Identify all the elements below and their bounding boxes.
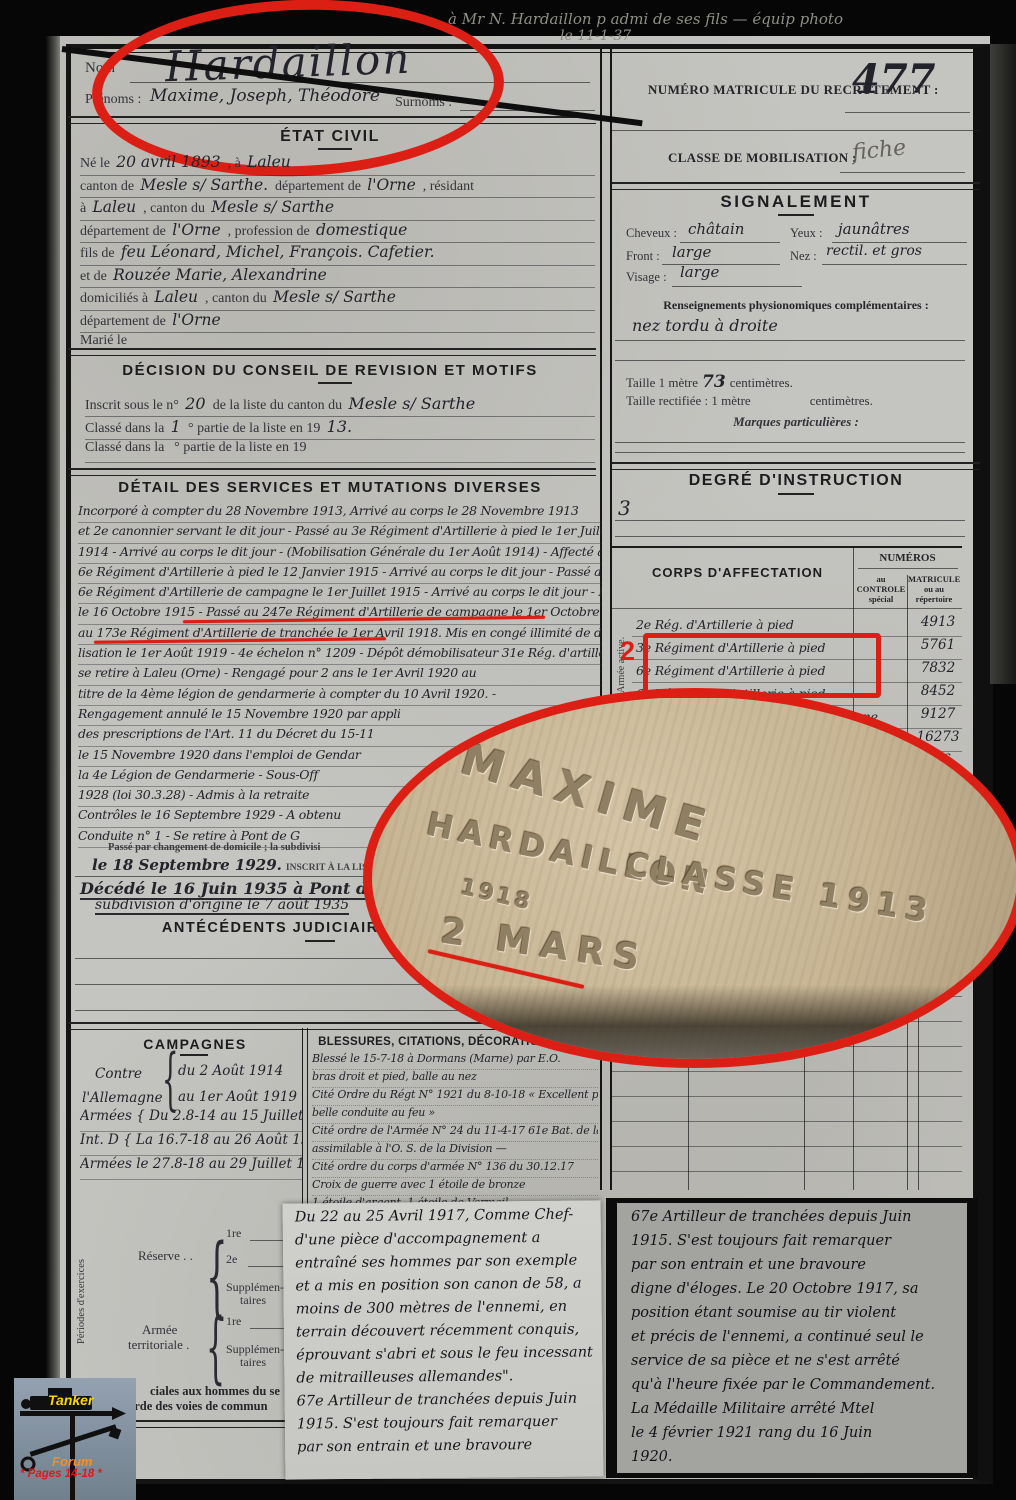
deces-line-2: subdivision d'origine le 7 août 1935 bbox=[95, 897, 349, 915]
tanker-forum-logo: Tanker Forum * Pages 14-18 * bbox=[14, 1378, 136, 1500]
matricule-number: 5761 bbox=[914, 637, 962, 653]
handwritten-line: assimilable à l'O. S. de la Division — bbox=[312, 1142, 598, 1160]
handwritten-text: Laleu bbox=[93, 198, 137, 216]
handwritten-line: Armées { Du 2.8-14 au 15 Juillet 1918 bbox=[80, 1108, 302, 1132]
nez-value: rectil. et gros bbox=[826, 243, 922, 259]
top-pencil-note: à Mr N. Hardaillon p admi de ses fils — … bbox=[448, 10, 843, 28]
top-pencil-note-2: le 11-1-37 bbox=[560, 28, 631, 44]
front-value: large bbox=[672, 243, 711, 261]
handwritten-line: 1915. S'est toujours fait remarquer bbox=[297, 1413, 603, 1439]
corps-name: 2e Rég. d'Artillerie à pied bbox=[632, 617, 794, 632]
printed-text: , à bbox=[228, 156, 241, 171]
services-printed-note: Passé par changement de domicile ; la su… bbox=[108, 842, 320, 853]
col-controle-header: auCONTROLEspécial bbox=[855, 574, 907, 604]
territoriale-brace: { bbox=[206, 1304, 225, 1395]
printed-text: canton de bbox=[80, 179, 134, 194]
marques-label: Marques particulières : bbox=[612, 414, 980, 430]
handwritten-line: bras droit et pied, balle au nez bbox=[312, 1070, 598, 1088]
matricule-number: 7832 bbox=[914, 660, 962, 676]
periodes-side-label: Périodes d'exercices bbox=[76, 1232, 87, 1372]
bottom-printed-1: ciales aux hommes du se bbox=[150, 1384, 280, 1399]
campagnes-title: CAMPAGNES bbox=[90, 1036, 300, 1052]
cheveux-label: Cheveux : bbox=[626, 226, 677, 241]
right-citation-note: 67e Artilleur de tranchées depuis Juin19… bbox=[606, 1198, 978, 1478]
territoriale-label-1: Armée bbox=[142, 1322, 177, 1338]
handwritten-line: le 4 février 1921 rang du 16 Juin bbox=[631, 1425, 967, 1449]
handwritten-line: et précis de l'ennemi, a continué seul l… bbox=[631, 1329, 967, 1353]
form-line: domiciliés àLaleu, canton duMesle s/ Sar… bbox=[80, 288, 595, 311]
decision-lines: Inscrit sous le n°20de la liste du canto… bbox=[85, 394, 595, 463]
logo-name: Tanker bbox=[48, 1392, 93, 1408]
visage-value: large bbox=[680, 263, 719, 281]
handwritten-text: Mesle s/ Sarthe bbox=[211, 198, 334, 216]
stone-shadow-band bbox=[372, 985, 1016, 1059]
classe-mobilisation-label: CLASSE DE MOBILISATION : bbox=[668, 150, 857, 166]
handwritten-line: Cité Ordre du Régt N° 1921 du 8-10-18 « … bbox=[312, 1088, 598, 1106]
handwritten-line: le 16 Octobre 1915 - Passé au 247e Régim… bbox=[78, 604, 602, 624]
degre-instruction-value: 3 bbox=[618, 496, 631, 520]
matricule-number: 4913 bbox=[914, 614, 962, 630]
taille-line: Taille 1 mètre 73 centimètres. bbox=[626, 372, 793, 392]
printed-text: ° partie de la liste en 19 bbox=[171, 440, 307, 455]
red-box-regiments bbox=[643, 633, 881, 698]
printed-text: Classé dans la bbox=[85, 421, 164, 436]
handwritten-text: Mesle s/ Sarthe bbox=[273, 288, 396, 306]
yeux-value: jaunâtres bbox=[838, 220, 910, 238]
printed-text: Classé dans la bbox=[85, 440, 164, 455]
campagnes-periode1: du 2 Août 1914 bbox=[178, 1063, 283, 1079]
form-line: canton deMesle s/ Sarthe.département del… bbox=[80, 176, 595, 199]
numero-matricule-value: 477 bbox=[852, 56, 936, 103]
handwritten-line: et a mis en position son canon de 58, a bbox=[295, 1275, 601, 1301]
form-line: àLaleu, canton duMesle s/ Sarthe bbox=[80, 198, 595, 221]
form-line: Né le20 avril 1893, àLaleu bbox=[80, 153, 595, 176]
printed-text: , canton du bbox=[143, 201, 205, 216]
handwritten-line: Cité ordre du corps d'armée N° 136 du 30… bbox=[312, 1160, 598, 1178]
handwritten-text: Mesle s/ Sarthe. bbox=[140, 176, 268, 194]
taille-rectifiee-line: Taille rectifiée : 1 mètre centimètres. bbox=[626, 392, 873, 410]
campagnes-periode2: au 1er Août 1919 bbox=[178, 1089, 297, 1105]
form-line: département del'Orne bbox=[80, 311, 595, 334]
cheveux-value: châtain bbox=[688, 220, 744, 238]
printed-text: fils de bbox=[80, 246, 115, 261]
handwritten-text: 13. bbox=[327, 417, 352, 436]
handwritten-text: 20 avril 1893 bbox=[116, 153, 220, 171]
printed-text: Né le bbox=[80, 156, 110, 171]
front-label: Front : bbox=[626, 249, 660, 264]
reserve-item-2: 2e bbox=[226, 1252, 237, 1267]
handwritten-text: feu Léonard, Michel, François. Cafetier. bbox=[121, 243, 435, 261]
handwritten-text: Laleu bbox=[154, 288, 198, 306]
territoriale-label-2: territoriale . bbox=[128, 1337, 189, 1353]
reserve-item-4: taires bbox=[240, 1293, 266, 1308]
form-line: fils defeu Léonard, Michel, François. Ca… bbox=[80, 243, 595, 266]
handwritten-text: l'Orne bbox=[172, 221, 221, 239]
col-matricule-header: MATRICULEou aurépertoire bbox=[908, 574, 960, 604]
handwritten-text: domestique bbox=[316, 221, 407, 239]
handwritten-line: position étant soumise au tir violent bbox=[631, 1305, 967, 1329]
campagnes-blessures-divider bbox=[302, 1028, 308, 1208]
reserve-label: Réserve . . bbox=[138, 1248, 193, 1264]
handwritten-line: 1920. bbox=[631, 1449, 967, 1473]
handwritten-text: l'Orne bbox=[172, 311, 221, 329]
handwritten-line: éprouvant s'abri et sous le feu incessan… bbox=[296, 1344, 602, 1370]
handwritten-line: Armées le 27.8-18 au 29 Juillet 1919 bbox=[80, 1156, 302, 1180]
handwritten-line: Incorporé à compter du 28 Novembre 1913,… bbox=[78, 503, 602, 523]
decision-title: DÉCISION DU CONSEIL DE REVISION ET MOTIF… bbox=[70, 362, 590, 379]
handwritten-line: lisation le 1er Août 1919 - 4e échelon n… bbox=[78, 645, 602, 665]
taille-rect-suffix: centimètres. bbox=[810, 393, 873, 408]
handwritten-text: Mesle s/ Sarthe bbox=[348, 394, 475, 413]
degre-instruction-title: DEGRÉ D'INSTRUCTION bbox=[612, 472, 980, 490]
campagnes-contre: Contre bbox=[95, 1066, 142, 1082]
etat-civil-title: ÉTAT CIVIL bbox=[70, 128, 590, 146]
printed-text: de la liste du canton du bbox=[213, 398, 342, 413]
campagnes-lines: Armées { Du 2.8-14 au 15 Juillet 1918Int… bbox=[80, 1108, 302, 1180]
etat-civil-lines: Né le20 avril 1893, àLaleucanton deMesle… bbox=[80, 153, 595, 356]
printed-text: Marié le bbox=[80, 333, 127, 348]
page-edge-curl bbox=[990, 44, 1016, 684]
handwritten-line: par son entrain et une bravoure bbox=[631, 1257, 967, 1281]
handwritten-line: qu'à l'heure fixée par le Commandement. bbox=[631, 1377, 967, 1401]
bottom-printed-2: arde des voies de commun bbox=[128, 1399, 268, 1414]
handwritten-text: 1 bbox=[171, 417, 181, 436]
handwritten-line: 1914 - Arrivé au corps le dit jour - (Mo… bbox=[78, 544, 602, 564]
handwritten-text: l'Orne bbox=[367, 176, 416, 194]
handwritten-line: entraîné ses hommes par son exemple bbox=[295, 1252, 601, 1278]
renseignements-value: nez tordu à droite bbox=[632, 316, 778, 335]
handwritten-line: digne d'éloges. Le 20 Octobre 1917, sa bbox=[631, 1281, 967, 1305]
territoriale-item-3: taires bbox=[240, 1355, 266, 1370]
printed-text: Inscrit sous le n° bbox=[85, 398, 179, 413]
printed-text: , profession de bbox=[228, 224, 310, 239]
book-spine-shadow bbox=[46, 36, 60, 1480]
visage-label: Visage : bbox=[626, 270, 667, 285]
renseignements-label: Renseignements physionomiques complément… bbox=[612, 298, 980, 313]
printed-text: à bbox=[80, 201, 86, 216]
taille-value: 73 bbox=[702, 372, 726, 392]
handwritten-line: Du 22 au 25 Avril 1917, Comme Chef- bbox=[295, 1206, 601, 1232]
handwritten-line: Cité ordre de l'Armée N° 24 du 11-4-17 6… bbox=[312, 1124, 598, 1142]
handwritten-line: 6e Régiment d'Artillerie à pied le 12 Ja… bbox=[78, 564, 602, 584]
handwritten-line: 1915. S'est toujours fait remarquer bbox=[631, 1233, 967, 1257]
handwritten-line: et 2e canonnier servant le dit jour - Pa… bbox=[78, 523, 602, 543]
printed-text: , résidant bbox=[423, 179, 474, 194]
taille-suffix: centimètres. bbox=[730, 375, 793, 390]
handwritten-line: terrain découvert récemment conquis, bbox=[296, 1321, 602, 1347]
handwritten-line: 67e Artilleur de tranchées depuis Juin bbox=[297, 1390, 603, 1416]
taille-rect-label: Taille rectifiée : 1 mètre bbox=[626, 393, 751, 408]
printed-text: et de bbox=[80, 269, 107, 284]
handwritten-line: moins de 300 mètres de l'ennemi, en bbox=[296, 1298, 602, 1324]
corps-header-bottom bbox=[612, 608, 962, 609]
nez-label: Nez : bbox=[790, 249, 817, 264]
form-line: et deRouzée Marie, Alexandrine bbox=[80, 266, 595, 289]
taille-prefix: Taille 1 mètre bbox=[626, 375, 698, 390]
stone-photo-oval: MAXIME HARDAILLON CLASSE 1913 1918 2 MAR… bbox=[363, 688, 1016, 1068]
printed-text: , canton du bbox=[205, 291, 267, 306]
corps-affectation-title: CORPS D'AFFECTATION bbox=[630, 565, 845, 580]
territoriale-item-1: 1re bbox=[226, 1314, 241, 1329]
logo-pages: * Pages 14-18 * bbox=[20, 1468, 102, 1480]
middle-citation-note: Du 22 au 25 Avril 1917, Comme Chef-d'une… bbox=[283, 1200, 604, 1479]
handwritten-line: par son entrain et une bravoure bbox=[297, 1436, 603, 1462]
corps-table-top bbox=[612, 546, 962, 548]
handwritten-text: Laleu bbox=[247, 153, 291, 171]
scanned-military-record: à Mr N. Hardaillon p admi de ses fils — … bbox=[0, 0, 1016, 1500]
printed-text: ° partie de la liste en 19 bbox=[188, 421, 320, 436]
numeros-header: NUMÉROS bbox=[855, 552, 960, 564]
form-line: Classé dans la ° partie de la liste en 1… bbox=[85, 440, 595, 463]
handwritten-line: d'une pièce d'accompagnement a bbox=[295, 1229, 601, 1255]
form-line: département del'Orne, profession dedomes… bbox=[80, 221, 595, 244]
handwritten-line: La Médaille Militaire arrêté Mtel bbox=[631, 1401, 967, 1425]
printed-text: domiciliés à bbox=[80, 291, 148, 306]
handwritten-line: se retire à Laleu (Orne) - Rengagé pour … bbox=[78, 665, 602, 685]
handwritten-text: Rouzée Marie, Alexandrine bbox=[113, 266, 327, 284]
signalement-title: SIGNALEMENT bbox=[612, 192, 980, 212]
handwritten-line: 67e Artilleur de tranchées depuis Juin bbox=[631, 1209, 967, 1233]
handwritten-line: Croix de guerre avec 1 étoile de bronze bbox=[312, 1178, 598, 1196]
handwritten-line: 6e Régiment d'Artillerie de campagne le … bbox=[78, 584, 602, 604]
form-line: Classé dans la1° partie de la liste en 1… bbox=[85, 417, 595, 440]
reserve-item-1: 1re bbox=[226, 1226, 241, 1241]
printed-text: département de bbox=[80, 224, 166, 239]
services-title: DÉTAIL DES SERVICES ET MUTATIONS DIVERSE… bbox=[70, 479, 590, 496]
handwritten-line: Int. D { La 16.7-18 au 26 Août 1918 bbox=[80, 1132, 302, 1156]
yeux-label: Yeux : bbox=[790, 226, 822, 241]
campagnes-allemagne: l'Allemagne bbox=[82, 1090, 163, 1106]
logo-forum: Forum bbox=[52, 1454, 92, 1469]
blessures-lines: Blessé le 15-7-18 à Dormans (Marne) par … bbox=[312, 1052, 598, 1214]
inscrit-date: le 18 Septembre 1929. bbox=[92, 856, 282, 874]
handwritten-text: 20 bbox=[185, 394, 205, 413]
printed-text: département de bbox=[80, 314, 166, 329]
printed-text: département de bbox=[275, 179, 361, 194]
form-line: Inscrit sous le n°20de la liste du canto… bbox=[85, 394, 595, 417]
red-marker-2: 2 bbox=[620, 636, 635, 667]
handwritten-line: belle conduite au feu » bbox=[312, 1106, 598, 1124]
handwritten-line: de mitrailleuses allemandes". bbox=[296, 1367, 602, 1393]
handwritten-line: service de sa pièce et ne s'est arrêté bbox=[631, 1353, 967, 1377]
